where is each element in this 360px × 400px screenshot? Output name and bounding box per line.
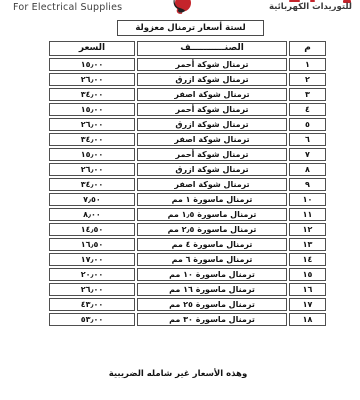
item-name-cell: ترمنال شوكة أحمر — [137, 58, 287, 71]
price-cell: ١٥٫٠٠ — [49, 58, 135, 71]
row-number-cell: ٥ — [289, 118, 326, 131]
item-name-cell: ترمنال شوكة اصفر — [137, 133, 287, 146]
table-row: ١٢ ترمنال ماسورة ٢٫٥ مم ١٤٫٥٠ — [49, 223, 326, 236]
row-number-cell: ١٤ — [289, 253, 326, 266]
row-number-cell: ٤ — [289, 103, 326, 116]
list-title: لستة أسعار ترمنال معزولة — [135, 23, 245, 33]
price-cell: ٣٤٫٠٠ — [49, 133, 135, 146]
item-name-cell: ترمنال ماسورة ١٠ مم — [137, 268, 287, 281]
item-name-cell: ترمنال ماسورة ٢٥ مم — [137, 298, 287, 311]
item-name-cell: ترمنال شوكة اصفر — [137, 88, 287, 101]
row-number-cell: ٢ — [289, 73, 326, 86]
table-row: ٤ ترمنال شوكة أحمر ١٥٫٠٠ — [49, 103, 326, 116]
table-row: ١٣ ترمنال ماسورة ٤ مم ١٦٫٥٠ — [49, 238, 326, 251]
price-cell: ٢٦٫٠٠ — [49, 163, 135, 176]
table-row: ٧ ترمنال شوكة أحمر ١٥٫٠٠ — [49, 148, 326, 161]
table-row: ١ ترمنال شوكة أحمر ١٥٫٠٠ — [49, 58, 326, 71]
row-number-cell: ١٢ — [289, 223, 326, 236]
price-cell: ٢٠٫٠٠ — [49, 268, 135, 281]
company-name-english: For Electrical Supplies — [13, 2, 122, 13]
table-row: ١٨ ترمنال ماسورة ٣٠ مم ٥٣٫٠٠ — [49, 313, 326, 326]
price-cell: ١٥٫٠٠ — [49, 103, 135, 116]
item-name-cell: ترمنال ماسورة ١ مم — [137, 193, 287, 206]
table-header-row: م الصنـــــــــــف السعر — [49, 41, 326, 56]
row-number-cell: ٣ — [289, 88, 326, 101]
row-number-cell: ١٥ — [289, 268, 326, 281]
price-cell: ٧٫٥٠ — [49, 193, 135, 206]
row-number-cell: ١٠ — [289, 193, 326, 206]
list-title-box: لستة أسعار ترمنال معزولة — [117, 20, 264, 36]
table-row: ٥ ترمنال شوكة ازرق ٢٦٫٠٠ — [49, 118, 326, 131]
row-number-cell: ١٧ — [289, 298, 326, 311]
item-name-cell: ترمنال شوكة ازرق — [137, 73, 287, 86]
item-name-cell: ترمنال ماسورة ١٫٥ مم — [137, 208, 287, 221]
item-name-cell: ترمنال ماسورة ٢٫٥ مم — [137, 223, 287, 236]
table-row: ١١ ترمنال ماسورة ١٫٥ مم ٨٫٠٠ — [49, 208, 326, 221]
row-number-cell: ١١ — [289, 208, 326, 221]
table-row: ٨ ترمنال شوكة ازرق ٢٦٫٠٠ — [49, 163, 326, 176]
table-row: ٢ ترمنال شوكة ازرق ٢٦٫٠٠ — [49, 73, 326, 86]
item-name-cell: ترمنال شوكة ازرق — [137, 163, 287, 176]
company-logo-icon — [167, 0, 195, 14]
table-row: ١٦ ترمنال ماسورة ١٦ مم ٢٦٫٠٠ — [49, 283, 326, 296]
price-cell: ٢٦٫٠٠ — [49, 118, 135, 131]
item-name-cell: ترمنال شوكة ازرق — [137, 118, 287, 131]
price-cell: ١٤٫٥٠ — [49, 223, 135, 236]
column-header-price: السعر — [49, 41, 135, 56]
table-row: ١٥ ترمنال ماسورة ١٠ مم ٢٠٫٠٠ — [49, 268, 326, 281]
column-header-number: م — [289, 41, 326, 56]
row-number-cell: ١ — [289, 58, 326, 71]
row-number-cell: ٩ — [289, 178, 326, 191]
price-cell: ٥٣٫٠٠ — [49, 313, 135, 326]
table-row: ٣ ترمنال شوكة اصفر ٣٤٫٠٠ — [49, 88, 326, 101]
table-row: ١٠ ترمنال ماسورة ١ مم ٧٫٥٠ — [49, 193, 326, 206]
row-number-cell: ١٣ — [289, 238, 326, 251]
price-table: م الصنـــــــــــف السعر ١ ترمنال شوكة أ… — [47, 39, 328, 328]
row-number-cell: ٦ — [289, 133, 326, 146]
table-row: ٦ ترمنال شوكة اصفر ٣٤٫٠٠ — [49, 133, 326, 146]
table-row: ١٧ ترمنال ماسورة ٢٥ مم ٤٣٫٠٠ — [49, 298, 326, 311]
price-list-document: { "header": { "company_en": "For Electri… — [0, 0, 360, 400]
price-cell: ٤٣٫٠٠ — [49, 298, 135, 311]
item-name-cell: ترمنال ماسورة ٣٠ مم — [137, 313, 287, 326]
item-name-cell: ترمنال شوكة اصفر — [137, 178, 287, 191]
item-name-cell: ترمنال ماسورة ١٦ مم — [137, 283, 287, 296]
company-name-arabic: للتوريدات الكهربائية — [269, 2, 352, 12]
row-number-cell: ٨ — [289, 163, 326, 176]
table-row: ٩ ترمنال شوكة اصفر ٣٤٫٠٠ — [49, 178, 326, 191]
item-name-cell: ترمنال شوكة أحمر — [137, 148, 287, 161]
price-cell: ١٦٫٥٠ — [49, 238, 135, 251]
price-cell: ٢٦٫٠٠ — [49, 283, 135, 296]
price-cell: ٣٤٫٠٠ — [49, 88, 135, 101]
item-name-cell: ترمنال ماسورة ٦ مم — [137, 253, 287, 266]
tax-disclaimer-note: وهذه الأسعار غير شامله الضريبية — [0, 369, 356, 379]
table-row: ١٤ ترمنال ماسورة ٦ مم ١٧٫٠٠ — [49, 253, 326, 266]
price-cell: ٣٤٫٠٠ — [49, 178, 135, 191]
item-name-cell: ترمنال شوكة أحمر — [137, 103, 287, 116]
row-number-cell: ١٦ — [289, 283, 326, 296]
row-number-cell: ١٨ — [289, 313, 326, 326]
column-header-item: الصنـــــــــــف — [137, 41, 287, 56]
price-cell: ٢٦٫٠٠ — [49, 73, 135, 86]
row-number-cell: ٧ — [289, 148, 326, 161]
price-cell: ١٥٫٠٠ — [49, 148, 135, 161]
item-name-cell: ترمنال ماسورة ٤ مم — [137, 238, 287, 251]
price-cell: ٨٫٠٠ — [49, 208, 135, 221]
price-cell: ١٧٫٠٠ — [49, 253, 135, 266]
